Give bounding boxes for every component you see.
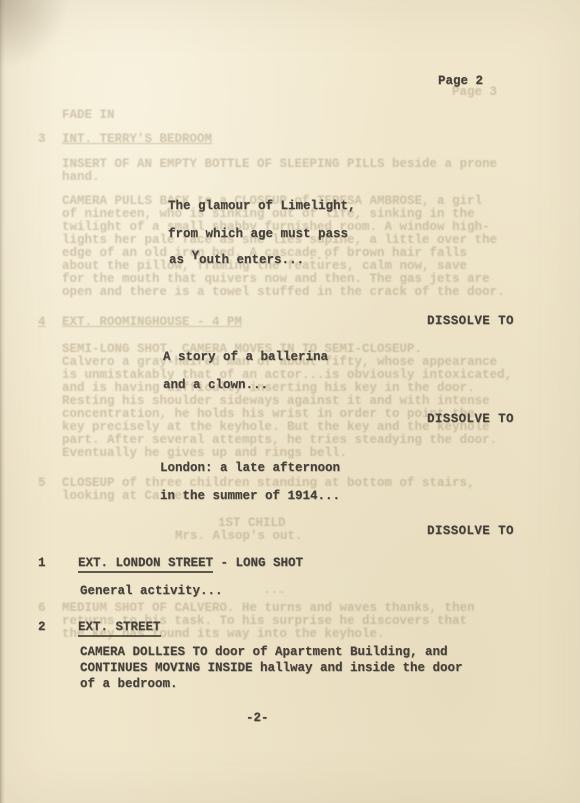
bleed-through-text: EXT. ROOMINGHOUSE - 4 PM xyxy=(62,316,242,329)
bleed-through-text: ... xyxy=(308,250,331,263)
title-card-1-line-3-rest: outh enters... xyxy=(199,253,304,267)
bleed-through-text: Mrs. Alsop's out. xyxy=(175,530,303,543)
title-card-1-line-3-prefix: as xyxy=(169,253,192,267)
script-page: Page 3FADE IN3INT. TERRY'S BEDROOMINSERT… xyxy=(0,0,580,803)
scene-2-action-line-2: CONTINUES MOVING INSIDE hallway and insi… xyxy=(80,661,463,675)
scene-1-heading-underlined: EXT. LONDON STREET xyxy=(78,556,213,573)
bleed-through-text: 3 xyxy=(38,133,46,146)
scene-1-heading-rest: - LONG SHOT xyxy=(213,556,303,570)
page-footer-number: -2- xyxy=(246,711,269,725)
bleed-through-text: 5 xyxy=(38,477,46,490)
scene-2-action-line-1: CAMERA DOLLIES TO door of Apartment Buil… xyxy=(80,645,448,659)
scene-2-action-line-3: of a bedroom. xyxy=(80,677,178,691)
title-card-1-line-1: The glamour of Limelight, xyxy=(168,199,356,213)
scene-2-heading: EXT. STREET xyxy=(78,620,161,634)
transition-dissolve-1: DISSOLVE TO xyxy=(427,314,514,328)
page-header-number: Page 2 xyxy=(438,74,483,88)
bleed-through-text: INSERT OF AN EMPTY BOTTLE OF SLEEPING PI… xyxy=(62,158,497,171)
transition-dissolve-3: DISSOLVE TO xyxy=(427,524,514,538)
scene-1-action: General activity... xyxy=(80,584,223,598)
scene-1-heading: EXT. LONDON STREET - LONG SHOT xyxy=(78,556,303,570)
title-card-1-line-3: as Youth enters... xyxy=(169,253,304,267)
title-card-2-line-2: and a clown... xyxy=(163,378,268,392)
title-card-3-line-2: in the summer of 1914... xyxy=(160,489,340,503)
bleed-through-text: hand. xyxy=(62,171,100,184)
bleed-through-text: 4 xyxy=(38,316,46,329)
transition-dissolve-2: DISSOLVE TO xyxy=(427,412,514,426)
scene-1-number: 1 xyxy=(38,556,46,570)
bleed-through-text: open and there is a towel stuffed in the… xyxy=(62,286,505,299)
bleed-through-text: ... xyxy=(263,584,286,597)
scene-2-heading-underlined: EXT. STREET xyxy=(78,620,161,637)
bleed-through-text: FADE IN xyxy=(62,109,115,122)
bleed-through-text: Eventually he gives up and rings bell. xyxy=(62,447,347,460)
scene-2-number: 2 xyxy=(38,620,46,634)
title-card-2-line-1: A story of a ballerina xyxy=(163,350,328,364)
bleed-through-text: 6 xyxy=(38,602,46,615)
title-card-1-line-2: from which age must pass xyxy=(168,227,348,241)
title-card-3-line-1: London: a late afternoon xyxy=(160,461,340,475)
title-card-1-line-3-raised-y: Y xyxy=(192,249,200,263)
bleed-through-text: INT. TERRY'S BEDROOM xyxy=(62,133,212,146)
